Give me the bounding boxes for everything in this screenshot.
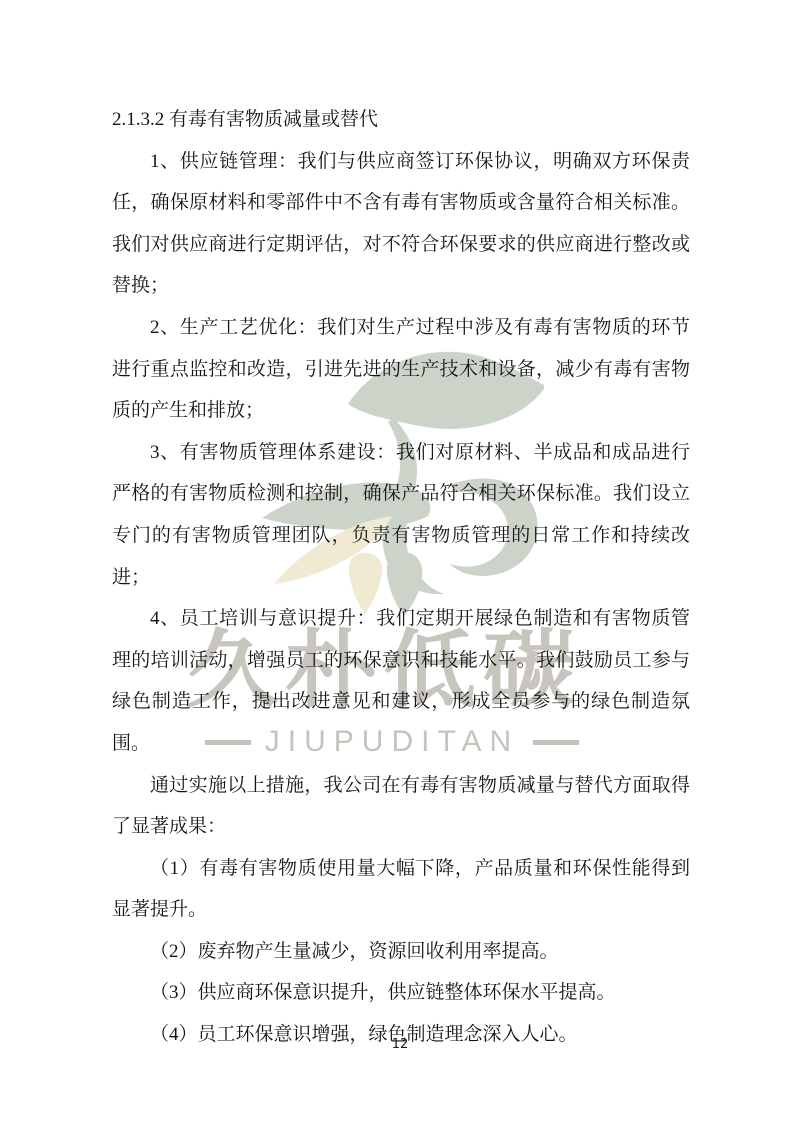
paragraph-result-1: （1）有毒有害物质使用量大幅下降，产品质量和环保性能得到显著提升。 <box>112 848 690 931</box>
paragraph-result-2: （2）废弃物产生量减少，资源回收利用率提高。 <box>112 931 690 973</box>
page-number: 12 <box>392 1037 409 1052</box>
paragraph-results-intro: 通过实施以上措施，我公司在有毒有害物质减量与替代方面取得了显著成果： <box>112 765 690 848</box>
document-body: 2.1.3.2 有毒有害物质减量或替代 1、供应链管理：我们与供应商签订环保协议… <box>112 99 690 1056</box>
page-footer: 12 <box>0 1035 800 1053</box>
section-heading: 2.1.3.2 有毒有害物质减量或替代 <box>112 99 690 141</box>
paragraph-supply-chain: 1、供应链管理：我们与供应商签订环保协议，明确双方环保责任，确保原材料和零部件中… <box>112 141 690 307</box>
paragraph-employee-training: 4、员工培训与意识提升：我们定期开展绿色制造和有害物质管理的培训活动，增强员工的… <box>112 598 690 764</box>
paragraph-result-3: （3）供应商环保意识提升，供应链整体环保水平提高。 <box>112 972 690 1014</box>
paragraph-process-optimization: 2、生产工艺优化：我们对生产过程中涉及有毒有害物质的环节进行重点监控和改造，引进… <box>112 307 690 432</box>
paragraph-management-system: 3、有害物质管理体系建设：我们对原材料、半成品和成品进行严格的有害物质检测和控制… <box>112 432 690 598</box>
